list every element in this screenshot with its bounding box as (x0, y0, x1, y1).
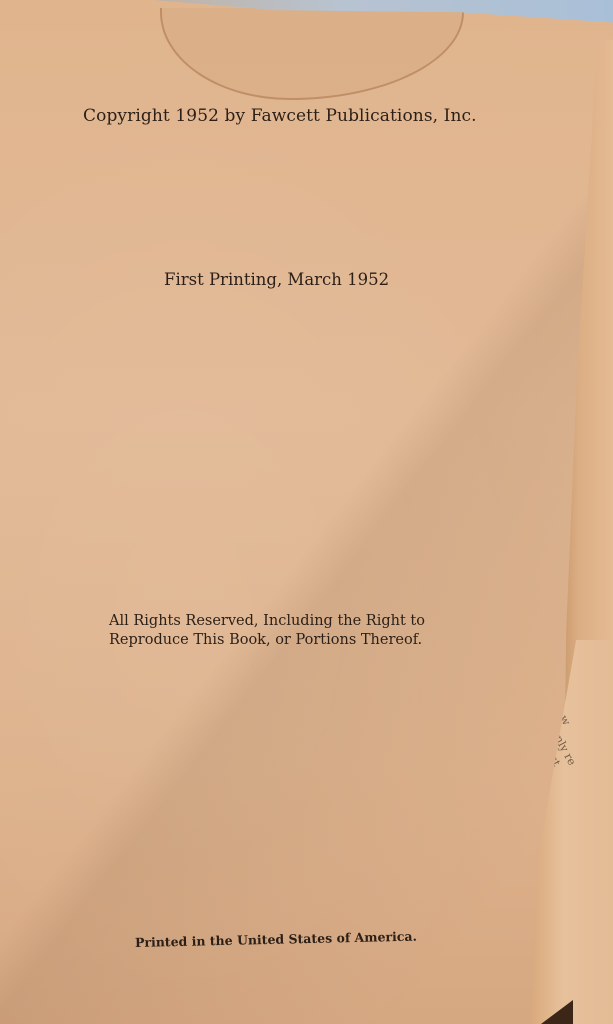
rights-reserved: All Rights Reserved, Including the Right… (109, 612, 425, 650)
water-stain (160, 8, 464, 100)
printing-info: First Printing, March 1952 (164, 270, 389, 289)
book-page (0, 0, 613, 1024)
copyright-notice: Copyright 1952 by Fawcett Publications, … (83, 106, 477, 126)
rights-line-2: Reproduce This Book, or Portions Thereof… (109, 631, 425, 650)
rights-line-1: All Rights Reserved, Including the Right… (109, 612, 425, 631)
